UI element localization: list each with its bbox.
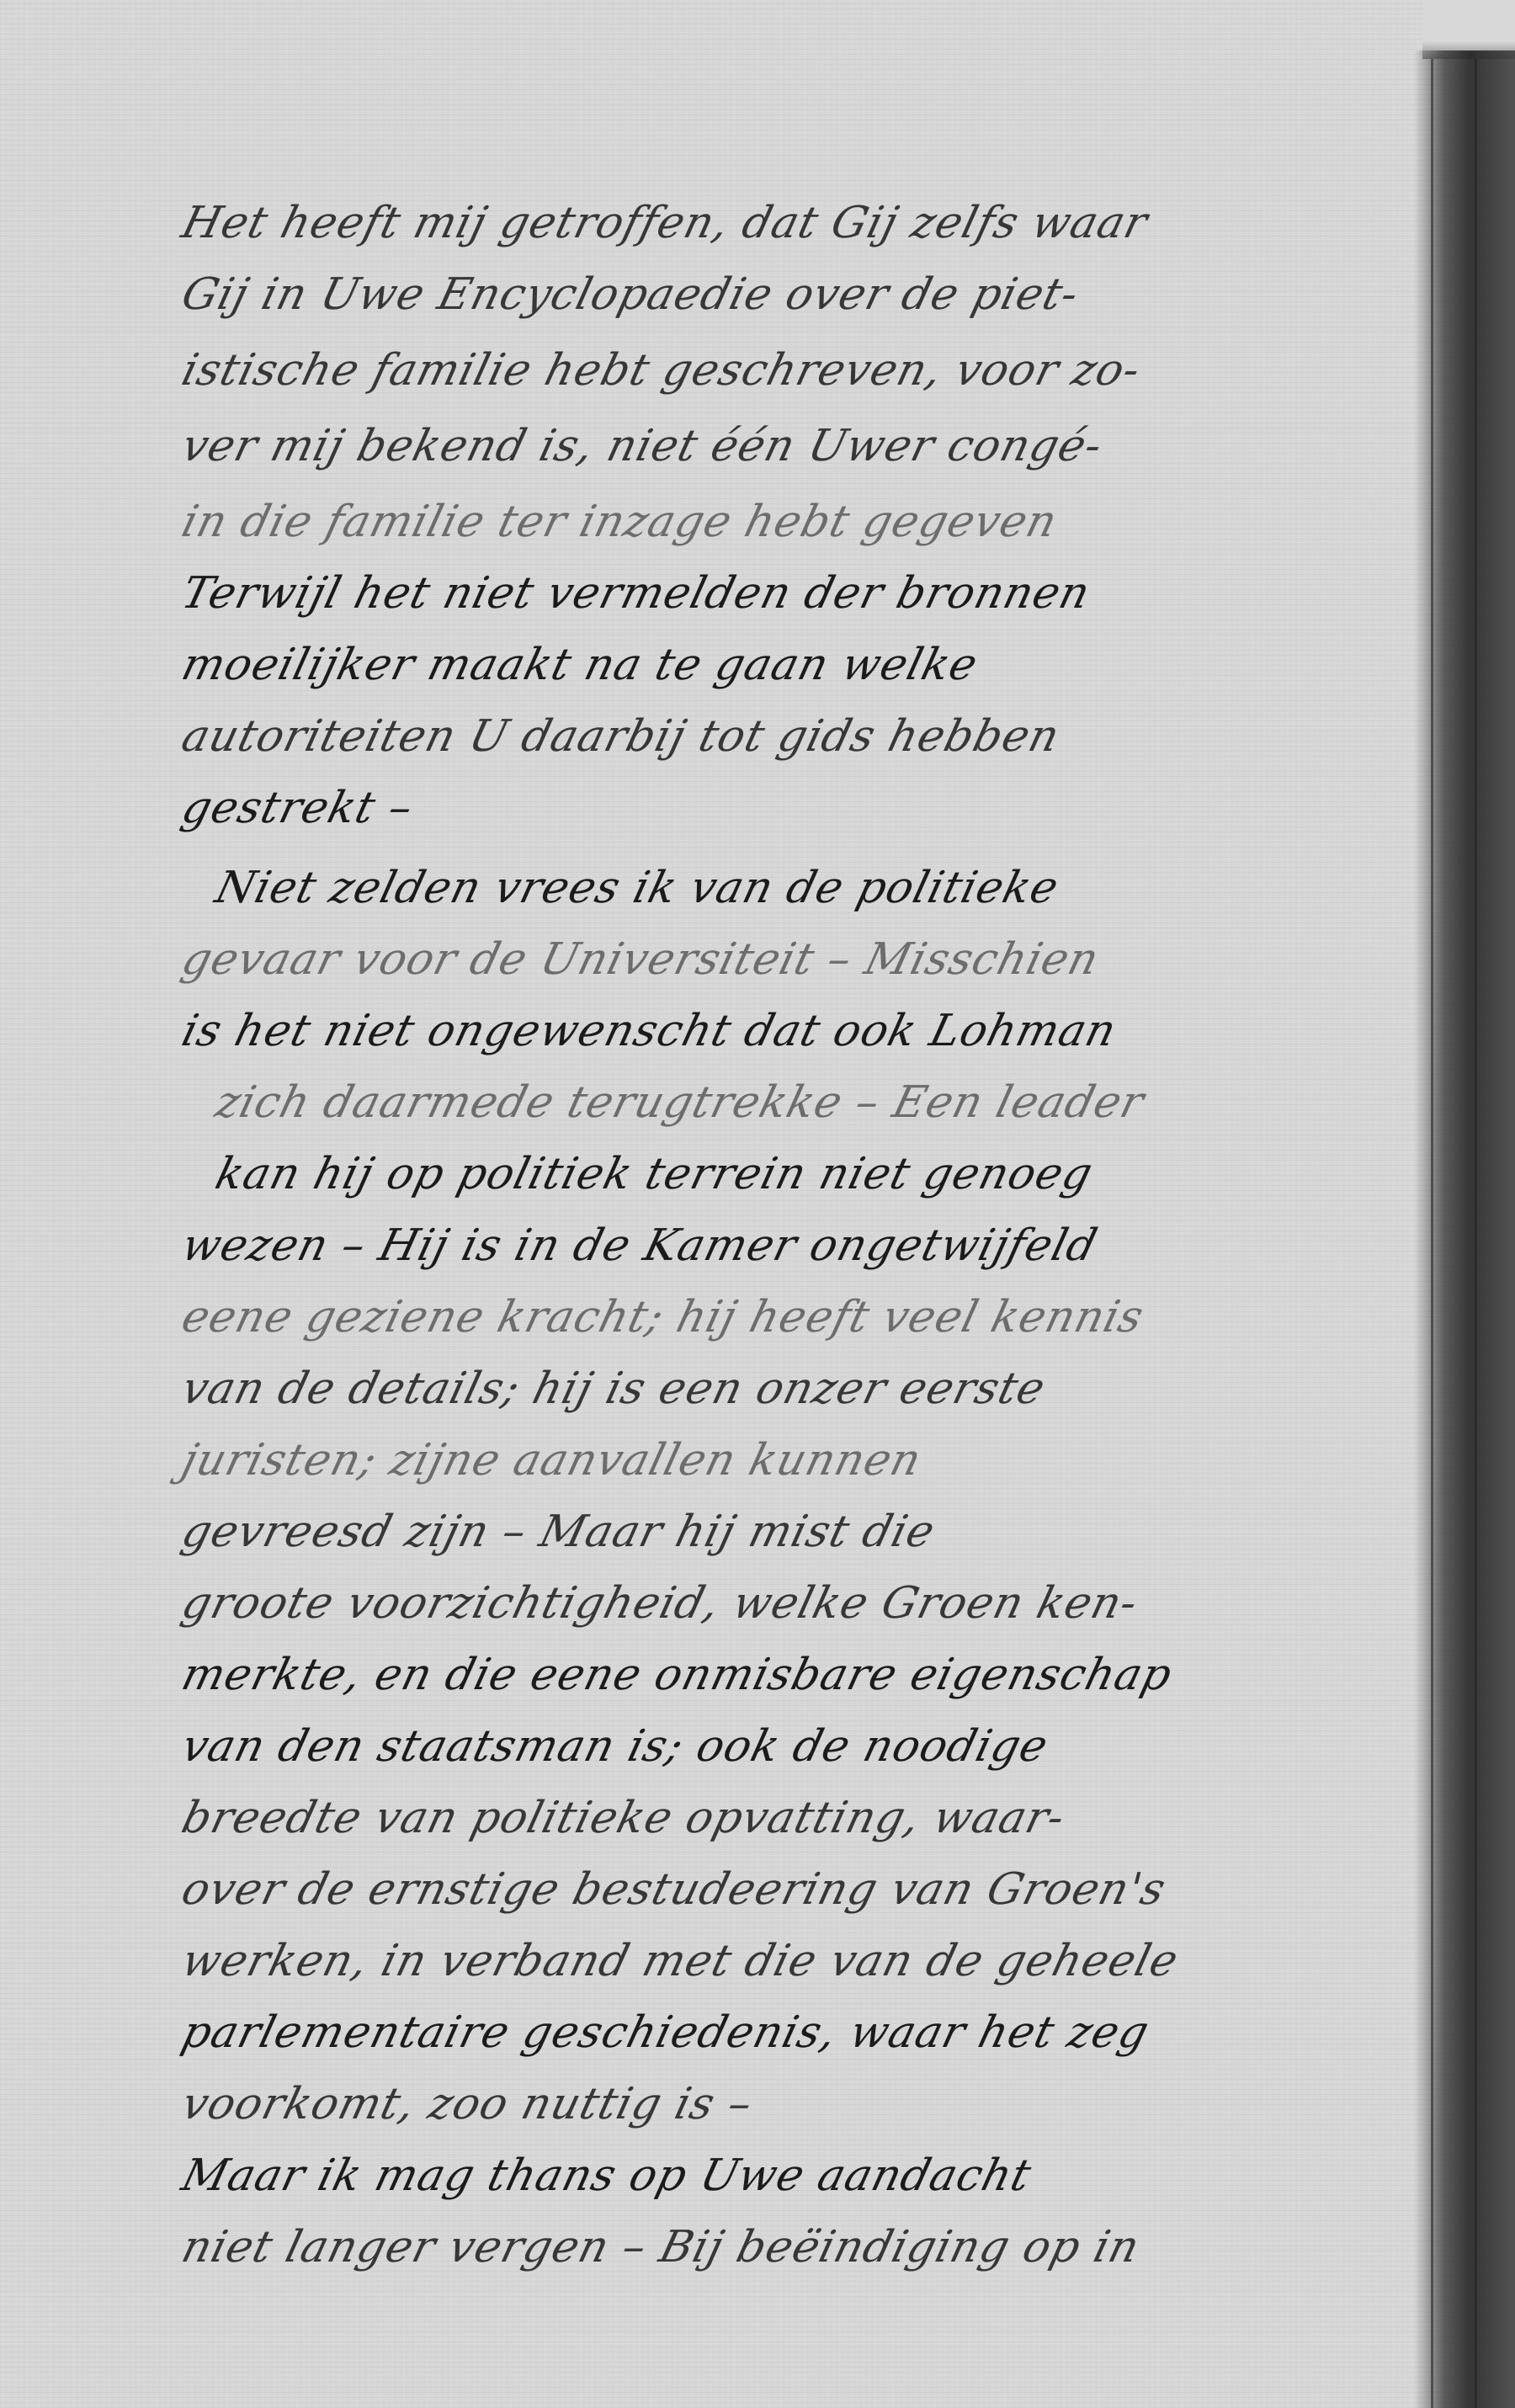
text-line-17: van de details; hij is een onzer eerste (177, 1363, 1050, 1414)
text-line-6: Terwijl het niet vermelden der bronnen (177, 568, 1096, 619)
text-line-20: groote voorzichtigheid, welke Groen ken- (177, 1578, 1143, 1629)
text-line-18: juristen; zijne aanvallen kunnen (177, 1435, 927, 1486)
text-line-21: merkte, en die eene onmisbare eigenschap (177, 1650, 1177, 1700)
text-line-29: niet langer vergen – Bij beëindiging op … (177, 2222, 1145, 2272)
text-line-2: Gij in Uwe Encyclopaedie over de piet- (177, 269, 1084, 320)
text-line-11: gevaar voor de Universiteit – Misschien (177, 934, 1104, 985)
binding-line (1475, 59, 1477, 2408)
text-line-26: parlementaire geschiedenis, waar het zeg (177, 2007, 1155, 2058)
text-line-10: Niet zelden vrees ik van de politieke (210, 863, 1064, 913)
binding-shadow (1414, 50, 1515, 2408)
text-line-12: is het niet ongewenscht dat ook Lohman (177, 1006, 1122, 1056)
text-line-13: zich daarmede terugtrekke – Een leader (210, 1077, 1150, 1128)
text-line-5: in die familie ter inzage hebt gegeven (177, 497, 1062, 547)
text-line-28: Maar ik mag thans op Uwe aandacht (177, 2150, 1037, 2201)
text-line-23: breedte van politieke opvatting, waar- (177, 1793, 1071, 1843)
text-line-25: werken, in verband met die van de geheel… (177, 1936, 1183, 1986)
text-line-3: istische familie hebt geschreven, voor z… (177, 345, 1146, 396)
text-line-15: wezen – Hij is in de Kamer ongetwijfeld (177, 1220, 1103, 1271)
text-line-27: voorkomt, zoo nuttig is – (177, 2079, 758, 2129)
text-line-4: ver mij bekend is, niet één Uwer congé- (177, 421, 1108, 471)
text-line-8: autoriteiten U daarbij tot gids hebben (177, 711, 1065, 762)
text-line-14: kan hij op politiek terrein niet genoeg (210, 1149, 1098, 1199)
text-line-22: van den staatsman is; ook de noodige (177, 1721, 1054, 1772)
text-line-1: Het heeft mij getroffen, dat Gij zelfs w… (177, 198, 1153, 248)
text-line-19: gevreesd zijn – Maar hij mist die (177, 1507, 940, 1557)
text-line-24: over de ernstige bestudeering van Groen'… (177, 1864, 1171, 1915)
manuscript-page: Het heeft mij getroffen, dat Gij zelfs w… (0, 0, 1515, 2408)
text-line-16: eene geziene kracht; hij heeft veel kenn… (177, 1292, 1149, 1342)
text-line-9: gestrekt – (177, 783, 418, 833)
binding-line (1431, 59, 1433, 2408)
text-line-7: moeilijker maakt na te gaan welke (177, 640, 983, 690)
